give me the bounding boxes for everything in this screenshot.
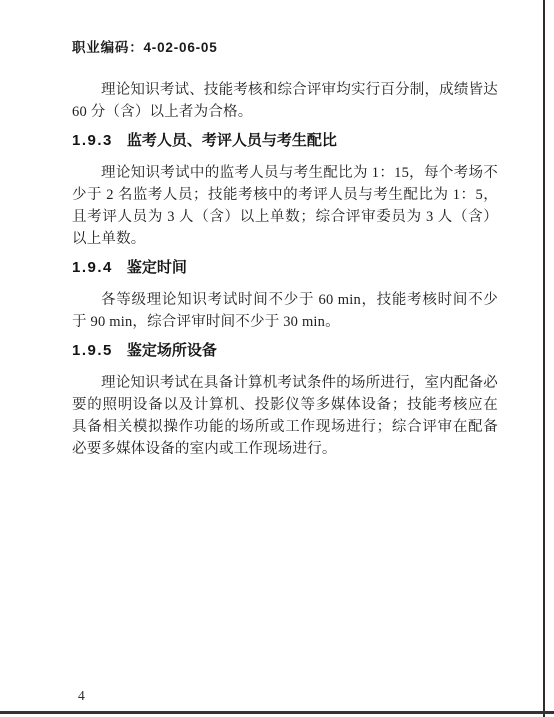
document-page: 职业编码：4-02-06-05 理论知识考试、技能考核和综合评审均实行百分制，成… (0, 0, 554, 717)
scan-edge-right (543, 0, 545, 717)
section-title: 鉴定时间 (127, 259, 187, 276)
section-number: 1.9.4 (72, 259, 113, 276)
section-heading-195: 1.9.5鉴定场所设备 (72, 341, 498, 360)
page-number: 4 (78, 688, 85, 704)
section-title: 监考人员、考评人员与考生配比 (127, 132, 337, 149)
intro-paragraph: 理论知识考试、技能考核和综合评审均实行百分制，成绩皆达 60 分（含）以上者为合… (72, 79, 498, 123)
section-number: 1.9.5 (72, 342, 113, 359)
section-paragraph-195: 理论知识考试在具备计算机考试条件的场所进行，室内配备必要的照明设备以及计算机、投… (72, 372, 498, 460)
section-paragraph-193: 理论知识考试中的监考人员与考生配比为 1：15，每个考场不少于 2 名监考人员；… (72, 162, 498, 250)
page-body: 理论知识考试、技能考核和综合评审均实行百分制，成绩皆达 60 分（含）以上者为合… (72, 79, 498, 460)
scan-edge-bottom (0, 711, 554, 714)
section-heading-194: 1.9.4鉴定时间 (72, 258, 498, 277)
occupation-code-header: 职业编码：4-02-06-05 (72, 36, 218, 56)
section-title: 鉴定场所设备 (127, 342, 217, 359)
section-paragraph-194: 各等级理论知识考试时间不少于 60 min，技能考核时间不少于 90 min，综… (72, 289, 498, 333)
section-number: 1.9.3 (72, 132, 113, 149)
section-heading-193: 1.9.3监考人员、考评人员与考生配比 (72, 131, 498, 150)
